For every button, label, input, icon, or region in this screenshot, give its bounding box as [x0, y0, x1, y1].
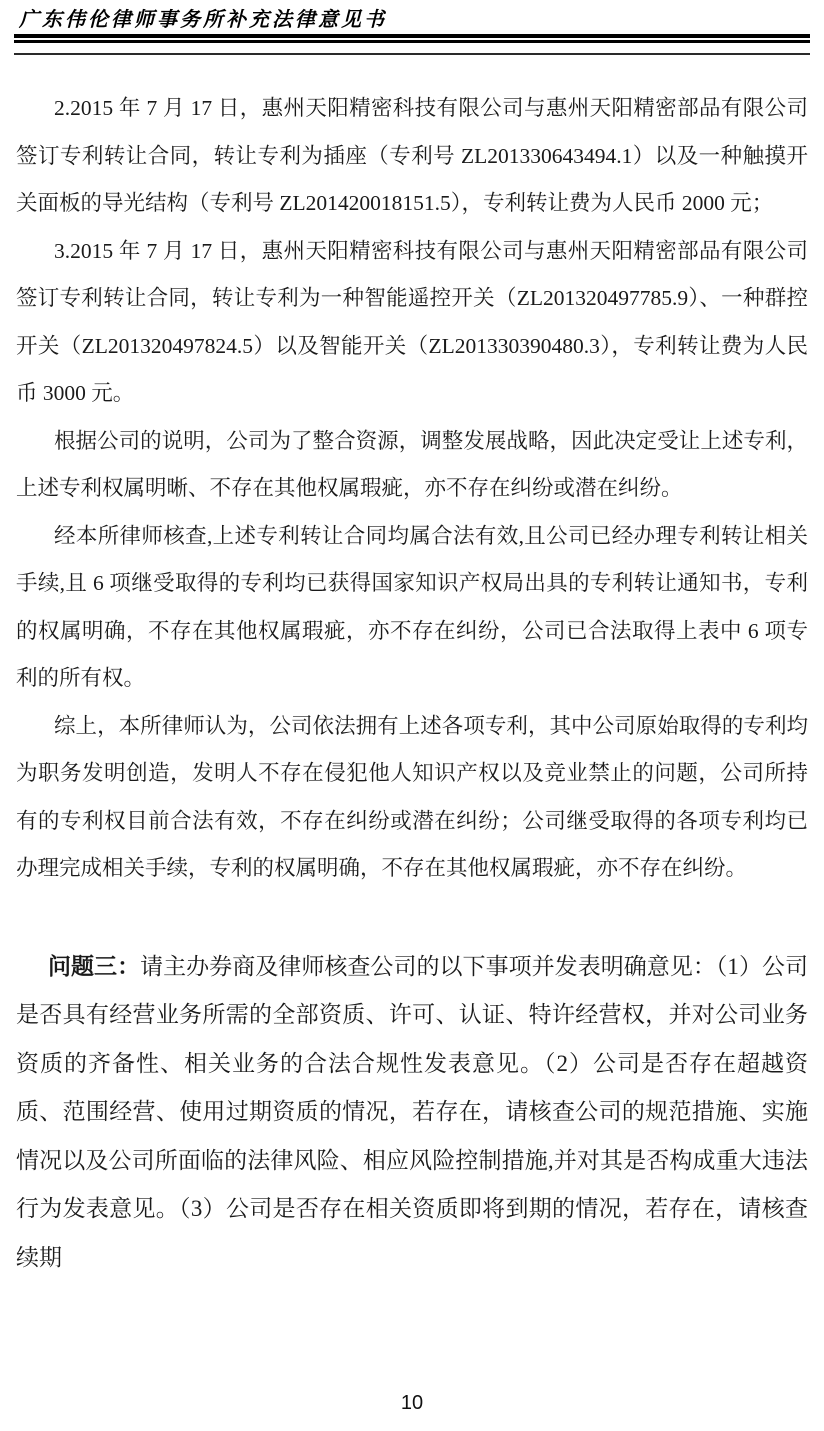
question-three-label: 问题三： — [48, 954, 140, 979]
document-body: 2.2015 年 7 月 17 日，惠州天阳精密科技有限公司与惠州天阳精密部品有… — [16, 85, 808, 1282]
paragraph-patent-transfer-2: 2.2015 年 7 月 17 日，惠州天阳精密科技有限公司与惠州天阳精密部品有… — [16, 85, 808, 228]
document-page: 广东伟伦律师事务所补充法律意见书 2.2015 年 7 月 17 日，惠州天阳精… — [0, 0, 824, 1431]
page-footer: 10 — [0, 1392, 824, 1415]
page-header-title: 广东伟伦律师事务所补充法律意见书 — [14, 8, 810, 32]
paragraph-company-explanation: 根据公司的说明，公司为了整合资源，调整发展战略，因此决定受让上述专利，上述专利权… — [16, 418, 808, 513]
page-header: 广东伟伦律师事务所补充法律意见书 — [0, 0, 824, 55]
page-number: 10 — [401, 1392, 423, 1414]
question-three-text: 请主办券商及律师核查公司的以下事项并发表明确意见：（1）公司是否具有经营业务所需… — [16, 954, 808, 1270]
paragraph-lawyer-verification: 经本所律师核查,上述专利转让合同均属合法有效,且公司已经办理专利转让相关手续,且… — [16, 513, 808, 703]
paragraph-question-three: 问题三：请主办券商及律师核查公司的以下事项并发表明确意见：（1）公司是否具有经营… — [16, 943, 808, 1283]
header-thin-rule — [14, 53, 810, 55]
paragraph-conclusion: 综上，本所律师认为，公司依法拥有上述各项专利，其中公司原始取得的专利均为职务发明… — [16, 703, 808, 893]
paragraph-patent-transfer-3: 3.2015 年 7 月 17 日，惠州天阳精密科技有限公司与惠州天阳精密部品有… — [16, 228, 808, 418]
header-double-rule — [14, 34, 810, 43]
